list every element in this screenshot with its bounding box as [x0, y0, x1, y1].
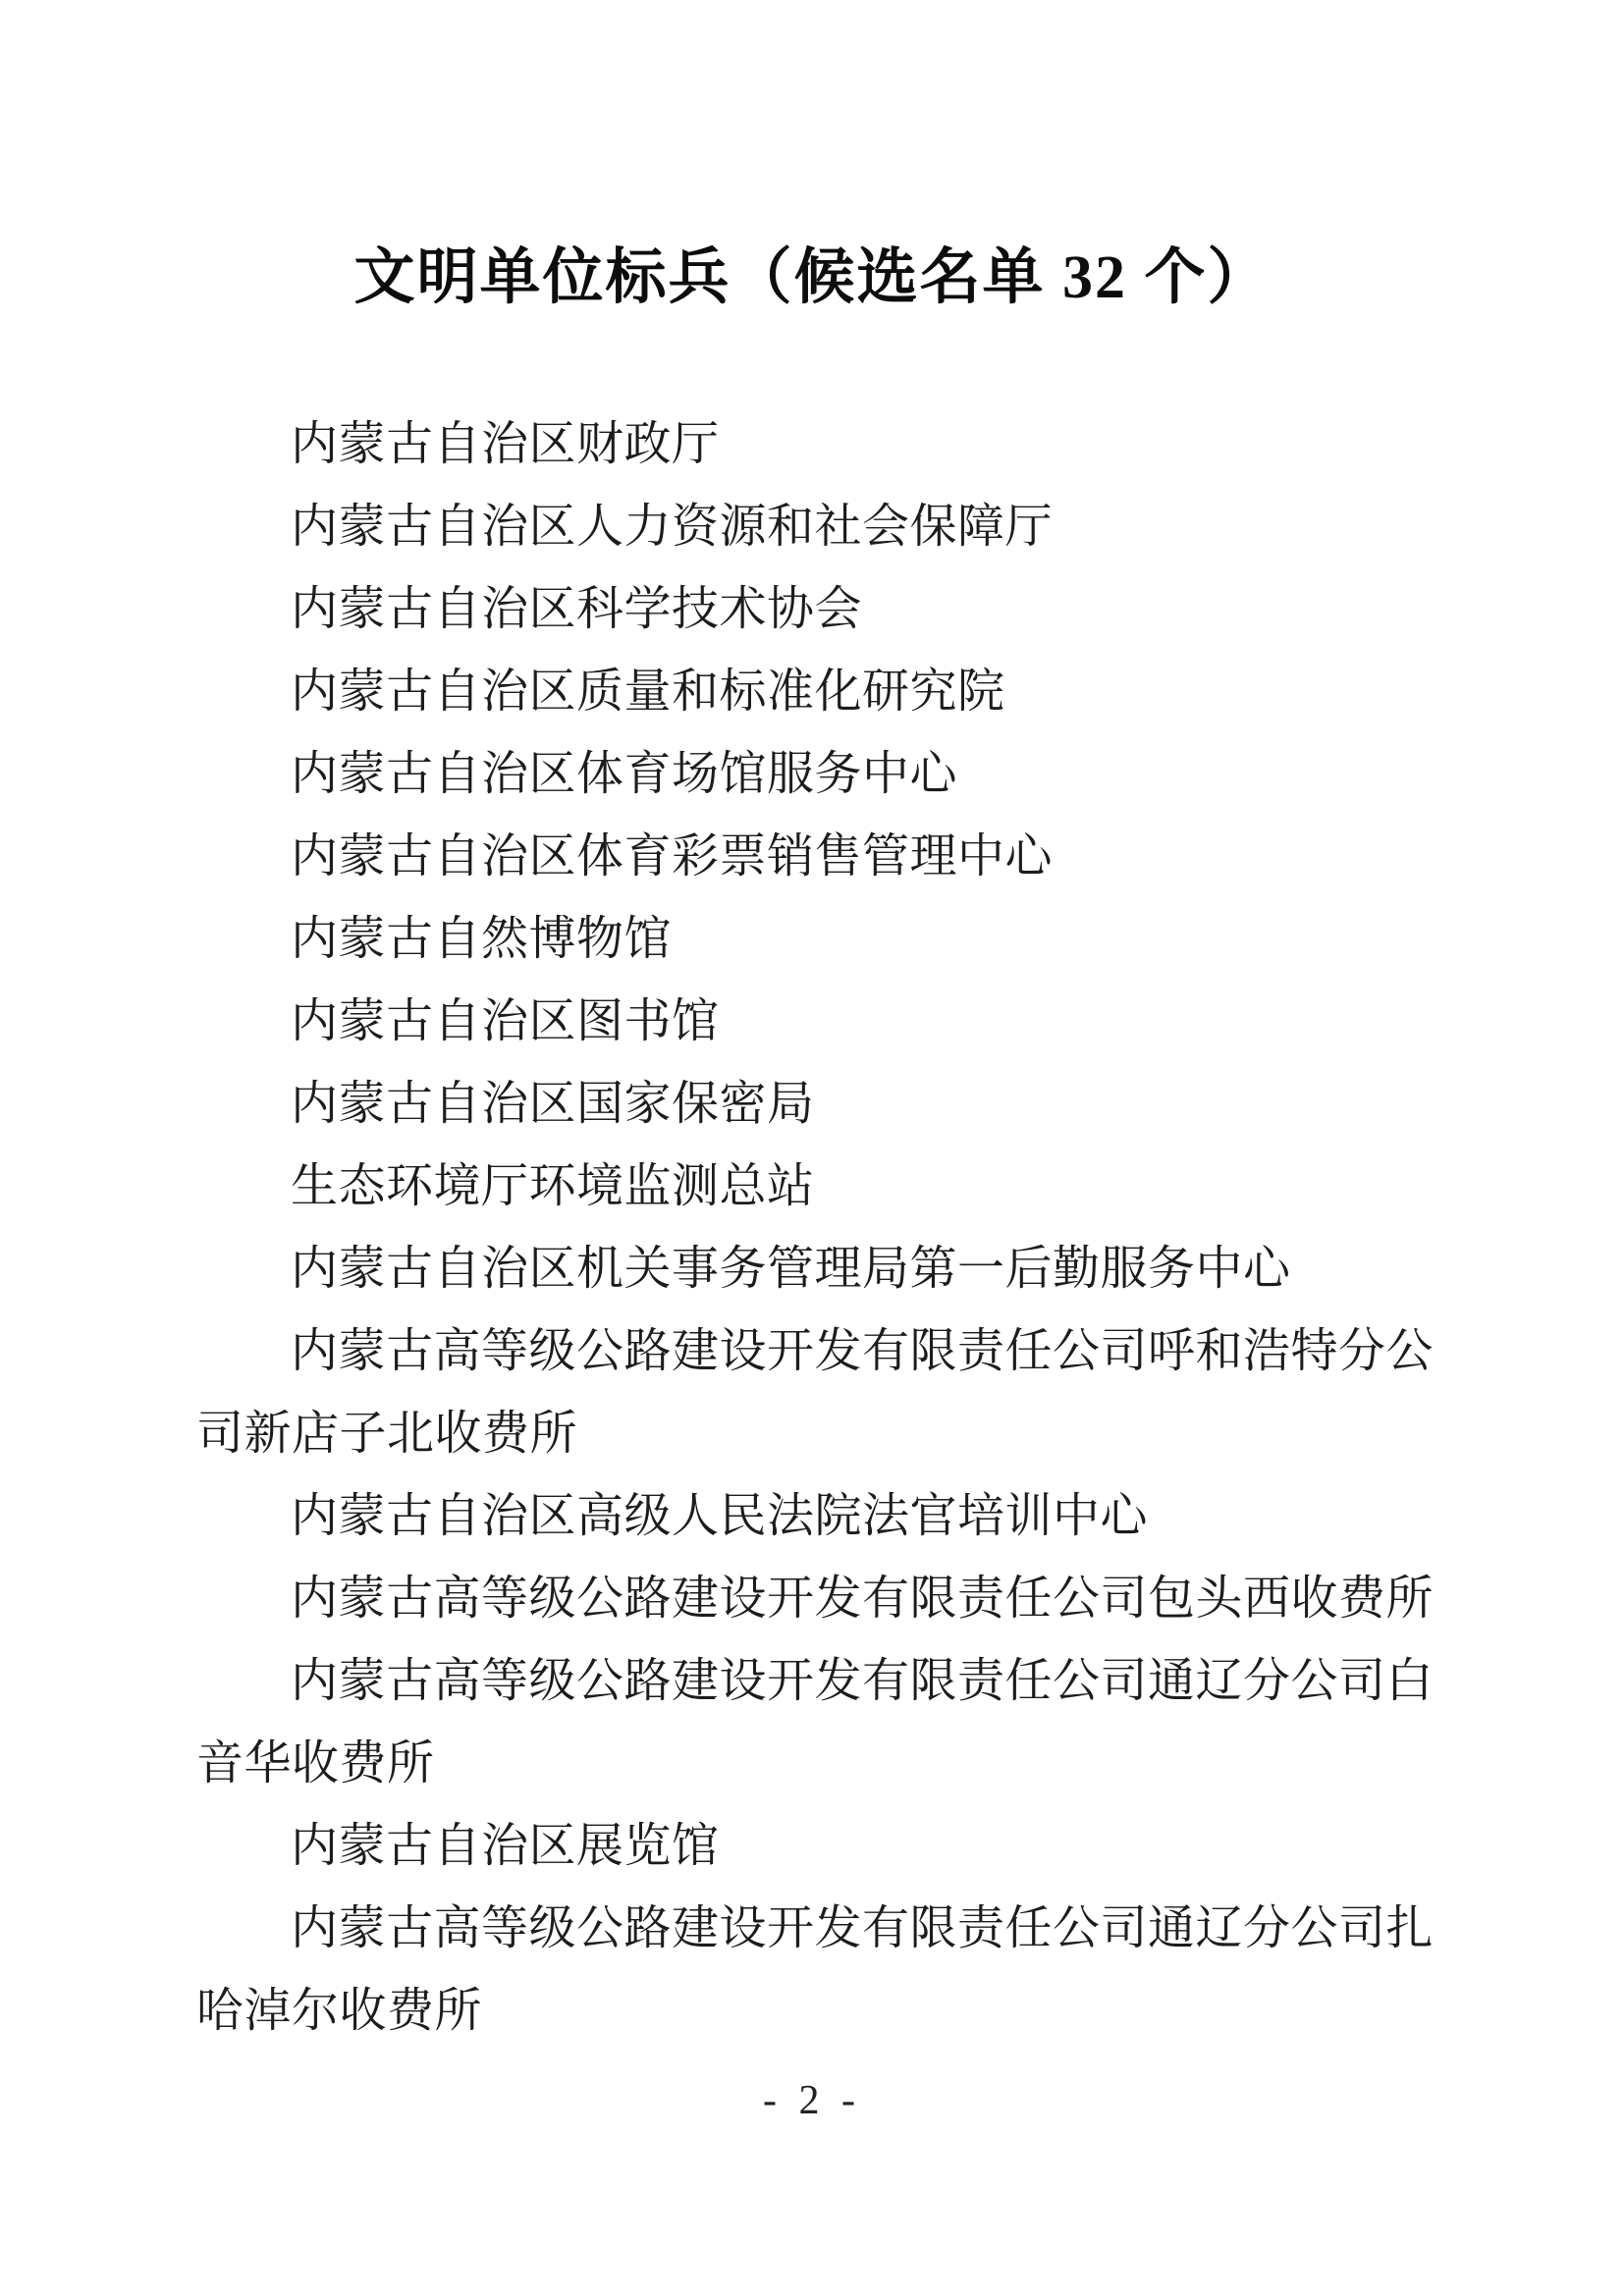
unit-list-line: 内蒙古自治区展览馆	[196, 1805, 1434, 1888]
unit-list-line: 内蒙古高等级公路建设开发有限责任公司通辽分公司扎	[196, 1888, 1434, 1970]
unit-list-line: 内蒙古自治区体育彩票销售管理中心	[196, 816, 1434, 898]
unit-list-line-continuation: 司新店子北收费所	[196, 1393, 1434, 1475]
unit-list-line: 内蒙古自治区国家保密局	[196, 1063, 1434, 1146]
unit-list-line: 内蒙古自治区机关事务管理局第一后勤服务中心	[196, 1228, 1434, 1310]
unit-list-line: 内蒙古自治区人力资源和社会保障厅	[196, 486, 1434, 568]
unit-list-line: 内蒙古自治区科学技术协会	[196, 568, 1434, 651]
unit-list-line: 内蒙古自治区质量和标准化研究院	[196, 651, 1434, 733]
unit-list-line-continuation: 哈淖尔收费所	[196, 1970, 1434, 2053]
page-number: - 2 -	[0, 2073, 1624, 2128]
unit-list-line: 内蒙古高等级公路建设开发有限责任公司呼和浩特分公	[196, 1310, 1434, 1393]
document-page: 文明单位标兵（候选名单 32 个） 内蒙古自治区财政厅 内蒙古自治区人力资源和社…	[0, 0, 1624, 2296]
unit-list-line-continuation: 音华收费所	[196, 1723, 1434, 1805]
unit-list: 内蒙古自治区财政厅 内蒙古自治区人力资源和社会保障厅 内蒙古自治区科学技术协会 …	[196, 403, 1434, 2053]
unit-list-line: 内蒙古自治区高级人民法院法官培训中心	[196, 1475, 1434, 1558]
page-title: 文明单位标兵（候选名单 32 个）	[0, 243, 1624, 312]
unit-list-line: 内蒙古自然博物馆	[196, 898, 1434, 981]
unit-list-line: 内蒙古高等级公路建设开发有限责任公司包头西收费所	[196, 1558, 1434, 1640]
unit-list-line: 生态环境厅环境监测总站	[196, 1146, 1434, 1228]
unit-list-line: 内蒙古自治区财政厅	[196, 403, 1434, 486]
unit-list-line: 内蒙古自治区体育场馆服务中心	[196, 733, 1434, 816]
unit-list-line: 内蒙古自治区图书馆	[196, 981, 1434, 1063]
unit-list-line: 内蒙古高等级公路建设开发有限责任公司通辽分公司白	[196, 1640, 1434, 1723]
